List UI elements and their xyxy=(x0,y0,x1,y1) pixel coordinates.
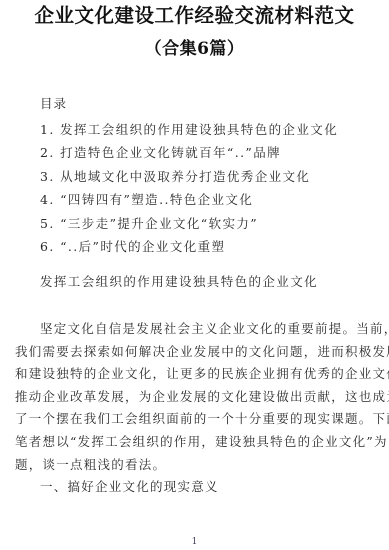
body-paragraph: 坚定文化自信是发展社会主义企业文化的重要前提。当前， 我们需要去探索如何解决企业… xyxy=(15,318,375,499)
document-title: 企业文化建设工作经验交流材料范文 xyxy=(0,4,389,28)
toc-item[interactable]: 3. 从地域文化中汲取养分打造优秀企业文化 xyxy=(40,165,338,188)
toc-item[interactable]: 1. 发挥工会组织的作用建设独具特色的企业文化 xyxy=(40,118,338,141)
paragraph-line: 笔者想以“发挥工会组织的作用，建设独具特色的企业文化”为 xyxy=(15,431,375,454)
document-subtitle: （合集6篇） xyxy=(0,38,389,60)
toc-item[interactable]: 4. “四铸四有”塑造..特色企业文化 xyxy=(40,188,338,211)
toc-heading: 目录 xyxy=(40,96,67,112)
paragraph-line: 我们需要去探索如何解决企业发展中的文化问题，进而积极发展 xyxy=(15,341,375,364)
toc-item[interactable]: 6. “..后”时代的企业文化重塑 xyxy=(40,235,338,258)
paragraph-line: 坚定文化自信是发展社会主义企业文化的重要前提。当前， xyxy=(15,318,375,341)
paragraph-line: 题，谈一点粗浅的看法。 xyxy=(15,454,375,477)
paragraph-line: 了一个摆在我们工会组织面前的一个十分重要的现实课题。下面 xyxy=(15,408,375,431)
paragraph-line: 推动企业改革发展，为企业发展的文化建设做出贡献，这也成为 xyxy=(15,386,375,409)
toc-item[interactable]: 2. 打造特色企业文化铸就百年“..”品牌 xyxy=(40,141,338,164)
paragraph-line: 和建设独特的企业文化，让更多的民族企业拥有优秀的企业文化、 xyxy=(15,363,375,386)
toc-item[interactable]: 5. “三步走”提升企业文化“软实力” xyxy=(40,212,338,235)
table-of-contents: 1. 发挥工会组织的作用建设独具特色的企业文化 2. 打造特色企业文化铸就百年“… xyxy=(40,118,338,258)
page-number: 1 xyxy=(0,537,389,547)
section-title: 发挥工会组织的作用建设独具特色的企业文化 xyxy=(40,274,318,290)
subheading: 一、搞好企业文化的现实意义 xyxy=(15,476,375,499)
